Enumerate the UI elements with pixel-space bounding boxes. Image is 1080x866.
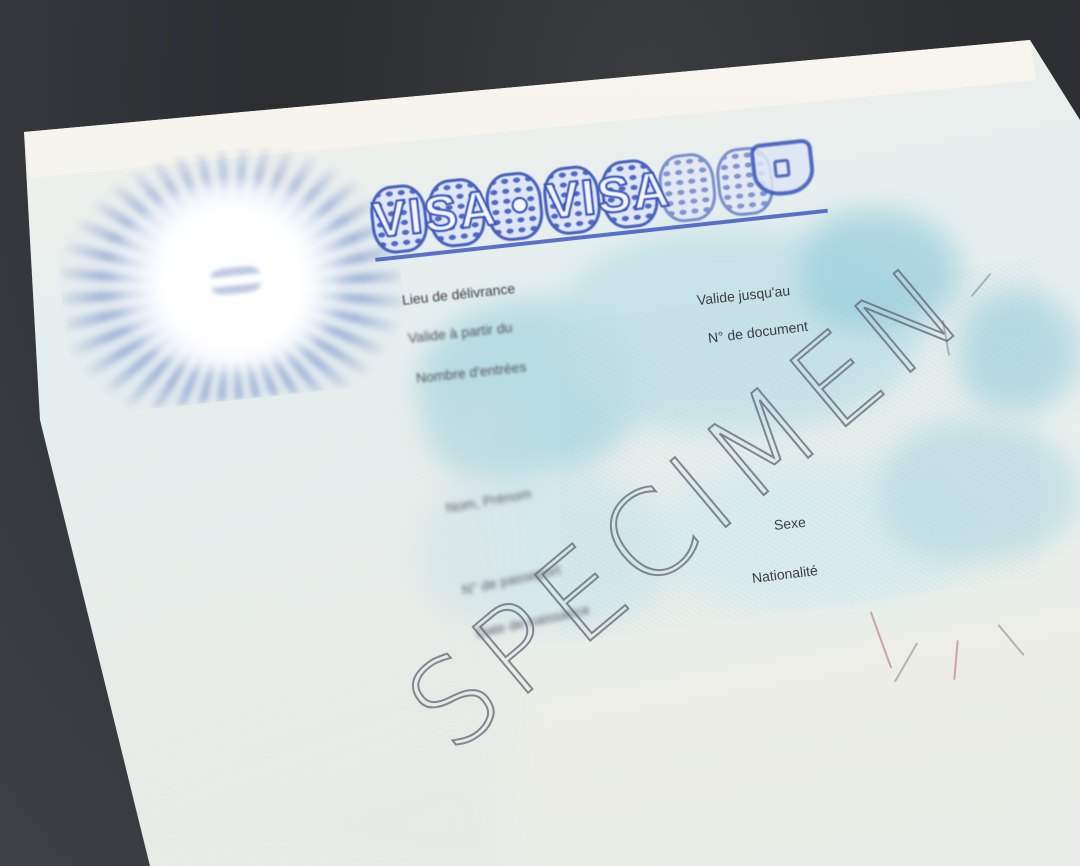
security-fiber: [997, 624, 1024, 656]
security-fiber: [953, 640, 958, 680]
security-fiber: [894, 643, 918, 683]
security-fiber: [870, 611, 892, 668]
photo-scene: VISA • VISA Lieu de délivrance Valide à …: [0, 0, 1080, 866]
eu-hologram-icon: [48, 133, 412, 417]
